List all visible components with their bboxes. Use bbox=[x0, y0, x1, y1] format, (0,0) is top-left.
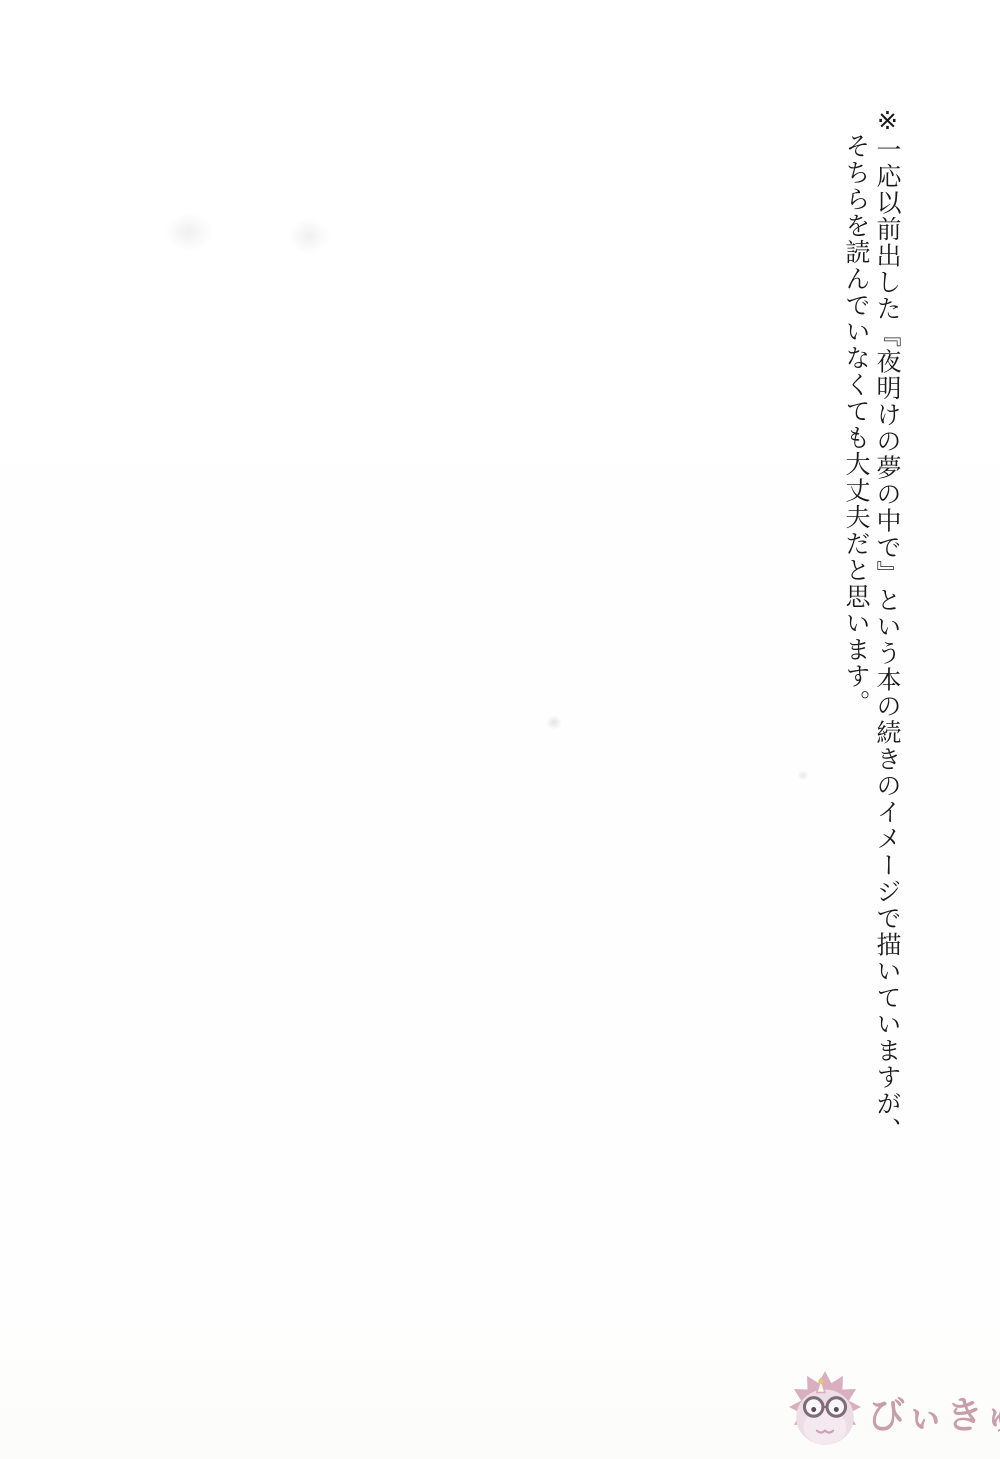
scanned-page: ※一応以前出した『夜明けの夢の中で』という本の続きのイメージで描いていますが、 … bbox=[0, 0, 1000, 1459]
scan-smudge bbox=[797, 770, 809, 781]
scan-smudge bbox=[546, 715, 562, 730]
mascot-icon bbox=[786, 1368, 864, 1450]
afterword-note: ※一応以前出した『夜明けの夢の中で』という本の続きのイメージで描いていますが、 … bbox=[841, 106, 903, 1416]
scan-smudge bbox=[288, 218, 330, 254]
circle-logo-text: びぃきゅん。 bbox=[868, 1385, 1000, 1439]
note-line-2: そちらを読んでいなくても大丈夫だと思います。 bbox=[841, 106, 872, 1416]
circle-logo: びぃきゅん。 bbox=[786, 1368, 1000, 1450]
scan-smudge bbox=[165, 213, 213, 251]
note-line-1: ※一応以前出した『夜明けの夢の中で』という本の続きのイメージで描いていますが、 bbox=[872, 106, 903, 1416]
